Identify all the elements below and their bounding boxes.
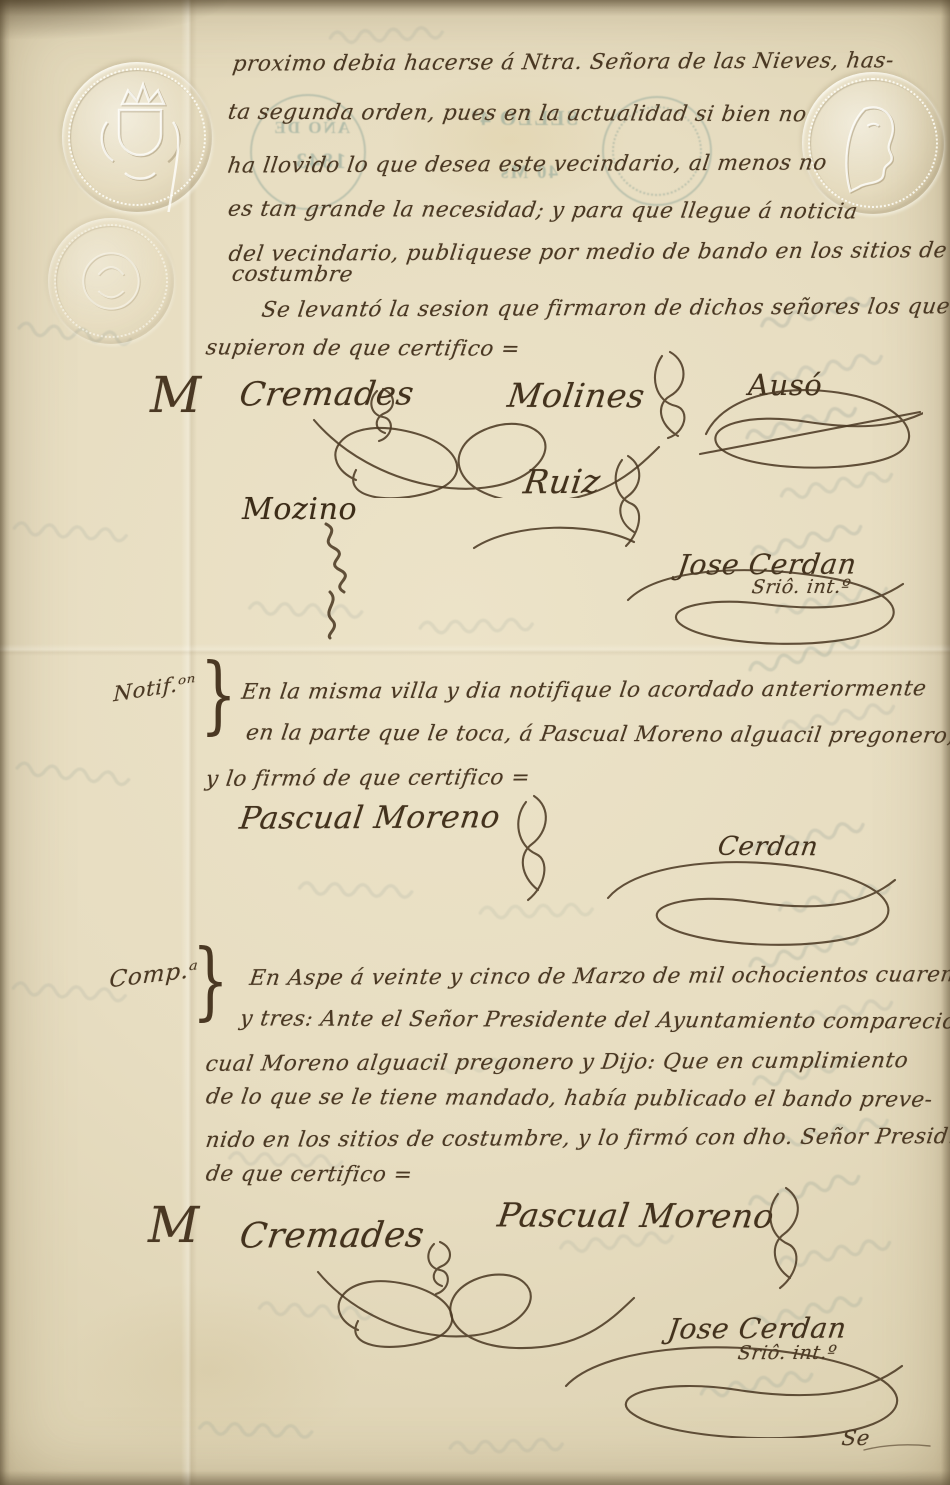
embossed-seal-small [48, 218, 174, 344]
handwritten-line: supieron de que certifico = [204, 335, 521, 361]
handwritten-line: de que certifico = [204, 1162, 414, 1188]
handwritten-line: en la parte que le toca, á Pascual Moren… [244, 720, 950, 748]
signature-rubric [502, 792, 560, 904]
handwritten-line: y tres: Ante el Señor Presidente del Ayu… [238, 1006, 950, 1034]
handwritten-line: y lo firmó de que certifico = [204, 765, 532, 792]
scan-edge [941, 0, 950, 1485]
section-brace: } [200, 645, 237, 744]
catchword-dash [862, 1440, 932, 1454]
signature-pascual-moreno: Pascual Moreno [237, 799, 502, 836]
section-brace: } [192, 931, 229, 1030]
signature-flourish [556, 1330, 912, 1438]
signature-flourish [620, 558, 910, 650]
handwritten-line: En Aspe á veinte y cinco de Marzo de mil… [248, 962, 950, 991]
handwritten-line: proximo debia hacerse á Ntra. Señora de … [231, 48, 896, 76]
handwritten-line: nido en los sitios de costumbre, y lo fi… [204, 1124, 950, 1153]
handwritten-line: costumbre [230, 262, 355, 288]
signature-rubric [640, 348, 700, 440]
signature-flourish [698, 376, 923, 484]
scan-edge [0, 0, 10, 1485]
scan-edge [0, 1471, 950, 1485]
signature-flourish [468, 520, 638, 556]
signature-initial: M [148, 1196, 200, 1254]
handwritten-line: En la misma villa y dia notifique lo aco… [240, 676, 928, 705]
signature-rubric [754, 1184, 812, 1294]
embossed-seal-portrait [802, 72, 944, 214]
scan-corner-shadow [0, 0, 230, 40]
embossed-seal-coat-of-arms [62, 62, 212, 212]
signature-cremades: Cremades [237, 1216, 427, 1257]
handwritten-line: Se levantó la sesion que firmaron de dic… [260, 294, 950, 323]
signature-pascual-moreno: Pascual Moreno [495, 1195, 777, 1235]
handwritten-line: ta segunda orden, pues en la actualidad … [226, 100, 808, 128]
handwritten-line: es tan grande la necesidad; y para que l… [226, 197, 859, 225]
handwritten-line: de lo que se le tiene mandado, había pub… [204, 1084, 934, 1112]
handwritten-line: cual Moreno alguacil pregonero y Dijo: Q… [204, 1048, 910, 1077]
signature-ruiz: Ruiz [521, 462, 603, 501]
signature-molines: Molines [505, 376, 647, 416]
handwritten-line: ha llovido lo que desea este vecindario,… [226, 150, 829, 178]
signature-initial: M [150, 366, 202, 424]
manuscript-scan: { "meta": { "paper_color": "#e7ddc1", "i… [0, 0, 950, 1485]
signature-rubric [300, 520, 352, 642]
signature-flourish [598, 846, 898, 950]
